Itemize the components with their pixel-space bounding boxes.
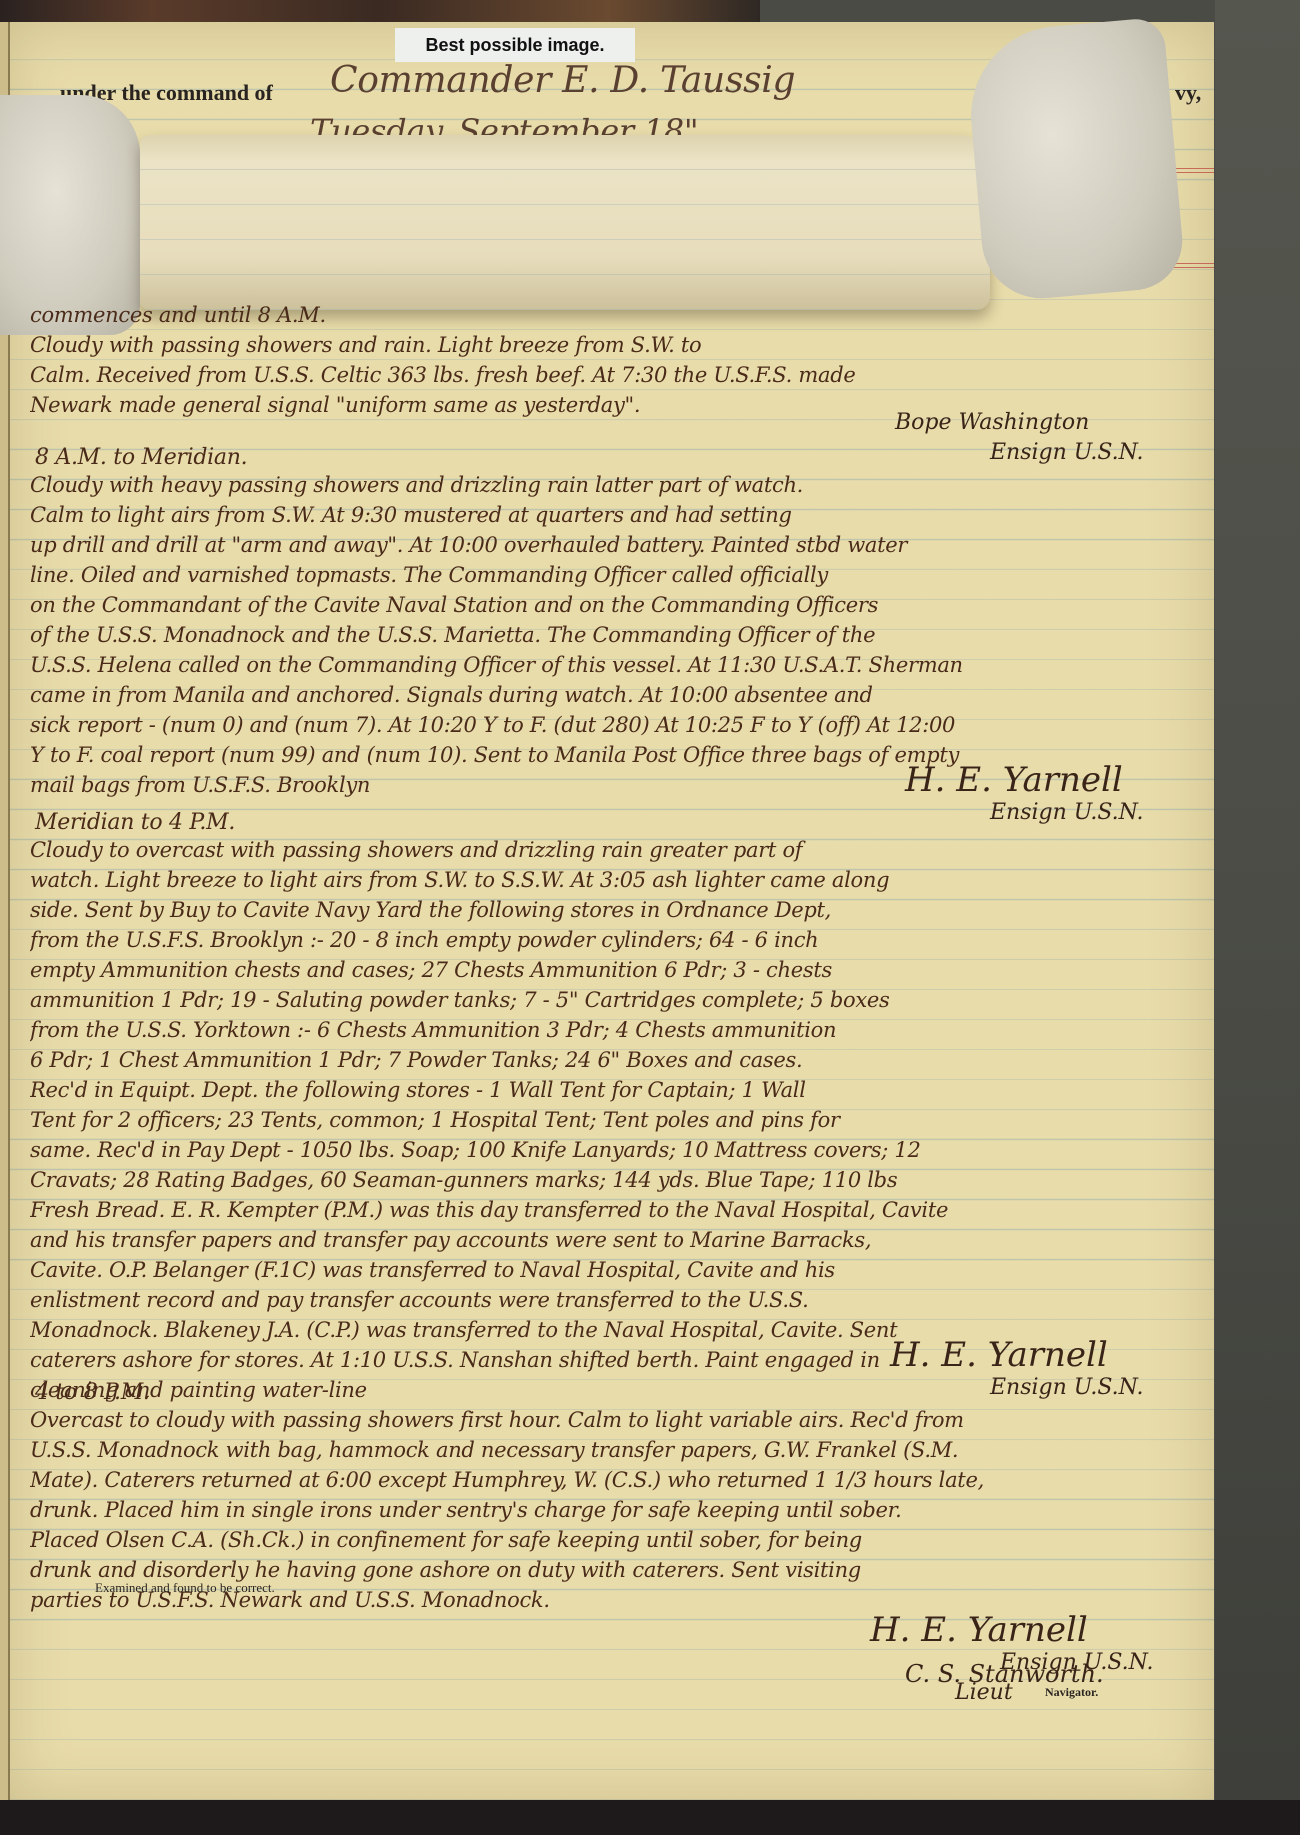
log-line: Fresh Bread. E. R. Kempter (P.M.) was th… xyxy=(30,1195,1210,1225)
log-line: up drill and drill at "arm and away". At… xyxy=(30,530,1210,560)
log-line: of the U.S.S. Monadnock and the U.S.S. M… xyxy=(30,620,1210,650)
log-line: U.S.S. Monadnock with bag, hammock and n… xyxy=(30,1435,1210,1465)
log-line: watch. Light breeze to light airs from S… xyxy=(30,865,1210,895)
signature-yarnell: H. E. Yarnell xyxy=(870,1610,1088,1650)
log-line: line. Oiled and varnished topmasts. The … xyxy=(30,560,1210,590)
log-line: U.S.S. Helena called on the Commanding O… xyxy=(30,650,1210,680)
log-line: ammunition 1 Pdr; 19 - Saluting powder t… xyxy=(30,985,1210,1015)
examined-label: Examined and found to be correct. xyxy=(95,1580,275,1596)
log-line: Mate). Caterers returned at 6:00 except … xyxy=(30,1465,1210,1495)
printed-navy-suffix: vy, xyxy=(1175,80,1201,106)
navigator-rank-handwritten: Lieut xyxy=(955,1680,1013,1705)
commander-name: Commander E. D. Taussig xyxy=(330,60,795,101)
log-entry-morning-watch: commences and until 8 A.M. Cloudy with p… xyxy=(30,300,1210,420)
watch-title: 4 to 8 P.M. xyxy=(35,1380,150,1405)
rank-ensign: Ensign U.S.N. xyxy=(990,800,1143,825)
log-line: same. Rec'd in Pay Dept - 1050 lbs. Soap… xyxy=(30,1135,1210,1165)
log-line: sick report - (num 0) and (num 7). At 10… xyxy=(30,710,1210,740)
log-line: drunk. Placed him in single irons under … xyxy=(30,1495,1210,1525)
log-line: Cravats; 28 Rating Badges, 60 Seaman-gun… xyxy=(30,1165,1210,1195)
log-line: Cavite. O.P. Belanger (F.1C) was transfe… xyxy=(30,1255,1210,1285)
signature-yarnell: H. E. Yarnell xyxy=(905,760,1123,800)
watch-title: Meridian to 4 P.M. xyxy=(35,810,235,835)
log-line: 6 Pdr; 1 Chest Ammunition 1 Pdr; 7 Powde… xyxy=(30,1045,1210,1075)
log-line: Overcast to cloudy with passing showers … xyxy=(30,1405,1210,1435)
log-line: Placed Olsen C.A. (Sh.Ck.) in confinemen… xyxy=(30,1525,1210,1555)
log-line: Cloudy to overcast with passing showers … xyxy=(30,835,1210,865)
rank-ensign: Ensign U.S.N. xyxy=(990,1375,1143,1400)
signature-washington: Bope Washington xyxy=(895,410,1089,435)
navigator-printed-label: Navigator. xyxy=(1045,1685,1098,1700)
log-line: Rec'd in Equipt. Dept. the following sto… xyxy=(30,1075,1210,1105)
log-entry-forenoon-watch: Cloudy with heavy passing showers and dr… xyxy=(30,470,1210,800)
log-line: Calm. Received from U.S.S. Celtic 363 lb… xyxy=(30,360,1210,390)
log-line: Cloudy with passing showers and rain. Li… xyxy=(30,330,1210,360)
log-line: Cloudy with heavy passing showers and dr… xyxy=(30,470,1210,500)
log-line: empty Ammunition chests and cases; 27 Ch… xyxy=(30,955,1210,985)
log-line: Tent for 2 officers; 23 Tents, common; 1… xyxy=(30,1105,1210,1135)
log-line: side. Sent by Buy to Cavite Navy Yard th… xyxy=(30,895,1210,925)
cloth-weight-left xyxy=(0,95,140,335)
rolled-paper-weight xyxy=(140,135,990,310)
watch-title: 8 A.M. to Meridian. xyxy=(35,445,247,470)
signature-yarnell: H. E. Yarnell xyxy=(890,1335,1108,1375)
cloth-weight-right xyxy=(964,17,1187,303)
notice-label: Best possible image. xyxy=(395,28,635,62)
log-line: came in from Manila and anchored. Signal… xyxy=(30,680,1210,710)
background-right xyxy=(1215,0,1300,1835)
log-line: on the Commandant of the Cavite Naval St… xyxy=(30,590,1210,620)
log-entry-afternoon-watch: Cloudy to overcast with passing showers … xyxy=(30,835,1210,1405)
log-line: from the U.S.F.S. Brooklyn :- 20 - 8 inc… xyxy=(30,925,1210,955)
log-line: commences and until 8 A.M. xyxy=(30,300,1210,330)
rank-ensign: Ensign U.S.N. xyxy=(990,440,1143,465)
background-bottom xyxy=(0,1800,1300,1835)
log-line: enlistment record and pay transfer accou… xyxy=(30,1285,1210,1315)
log-line: Calm to light airs from S.W. At 9:30 mus… xyxy=(30,500,1210,530)
log-line: and his transfer papers and transfer pay… xyxy=(30,1225,1210,1255)
log-line: from the U.S.S. Yorktown :- 6 Chests Amm… xyxy=(30,1015,1210,1045)
